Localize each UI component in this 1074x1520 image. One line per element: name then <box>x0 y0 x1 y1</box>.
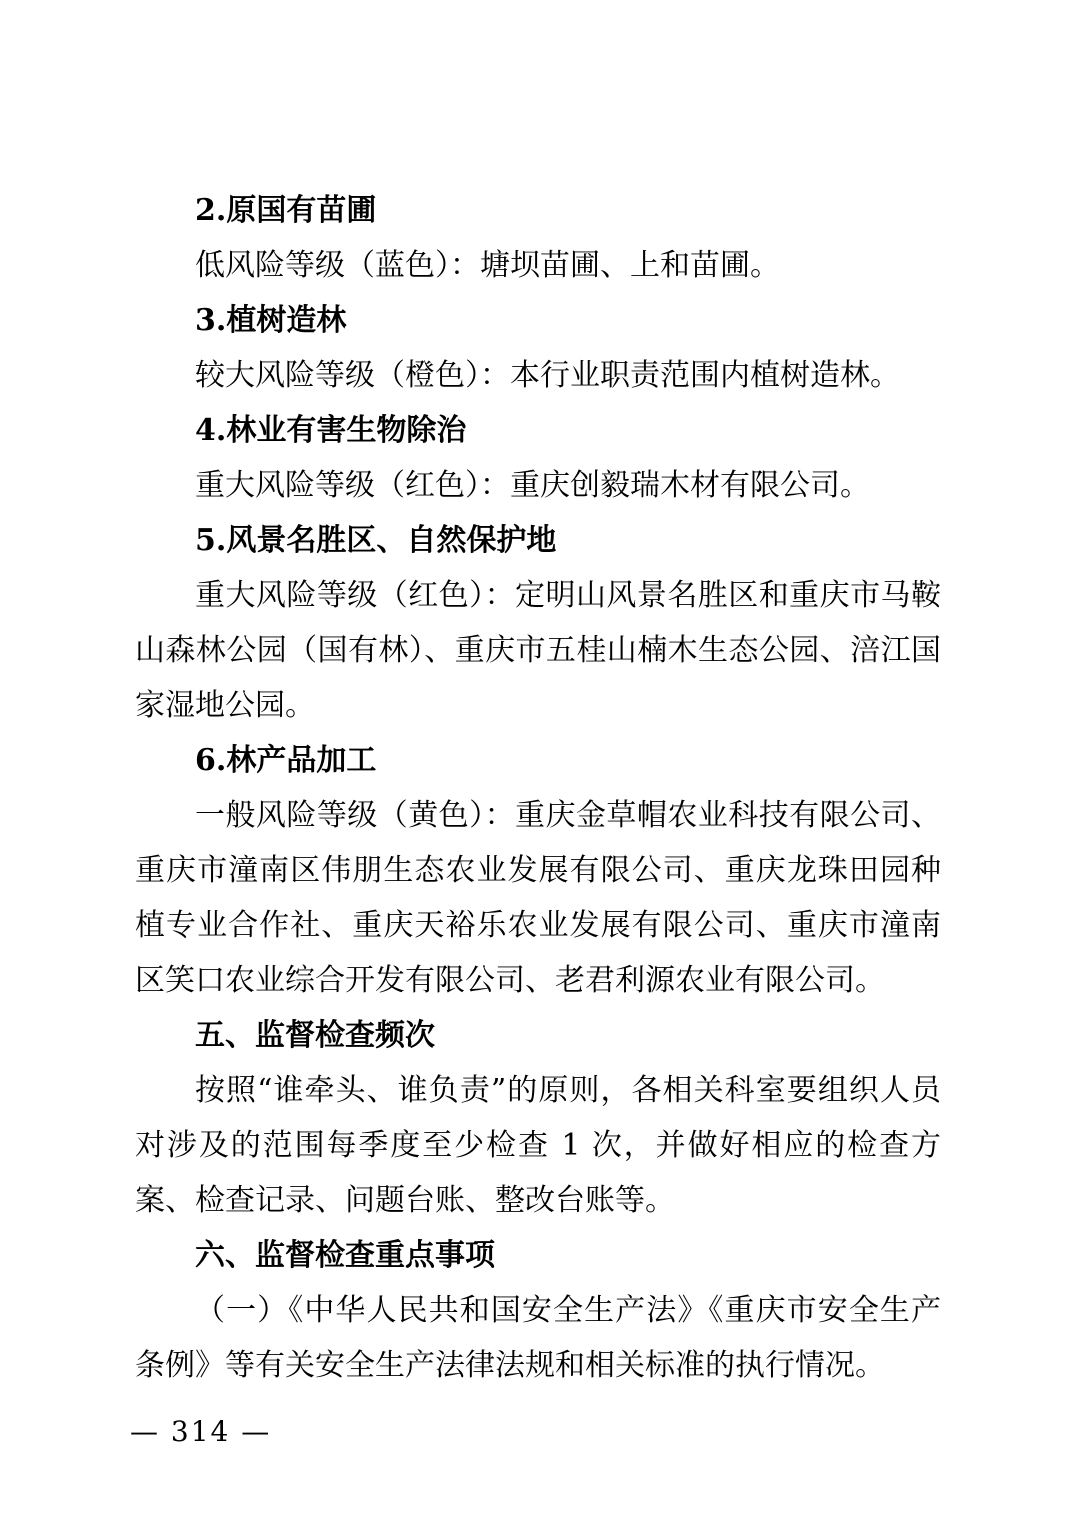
paragraph-low-risk-blue: 低风险等级（蓝色）：塘坝苗圃、上和苗圃。 <box>135 238 941 293</box>
document-page: 2.原国有苗圃 低风险等级（蓝色）：塘坝苗圃、上和苗圃。 3.植树造林 较大风险… <box>0 0 1074 1520</box>
subheading-4-pest-control: 4.林业有害生物除治 <box>135 403 941 458</box>
subheading-5-scenic-areas: 5.风景名胜区、自然保护地 <box>135 513 941 568</box>
section-heading-6-key-inspection-items: 六、监督检查重点事项 <box>135 1228 941 1283</box>
paragraph-major-risk-red-company: 重大风险等级（红色）：重庆创毅瑞木材有限公司。 <box>135 458 941 513</box>
section-heading-5-inspection-frequency: 五、监督检查频次 <box>135 1008 941 1063</box>
subheading-3-afforestation: 3.植树造林 <box>135 293 941 348</box>
paragraph-larger-risk-orange: 较大风险等级（橙色）：本行业职责范围内植树造林。 <box>135 348 941 403</box>
paragraph-major-risk-red-parks: 重大风险等级（红色）：定明山风景名胜区和重庆市马鞍山森林公园（国有林）、重庆市五… <box>135 568 941 733</box>
paragraph-key-inspection-items: （一）《中华人民共和国安全生产法》《重庆市安全生产条例》等有关安全生产法律法规和… <box>135 1283 941 1393</box>
paragraph-inspection-frequency: 按照“谁牵头、谁负责”的原则，各相关科室要组织人员对涉及的范围每季度至少检查 1… <box>135 1063 941 1228</box>
subheading-6-forest-products: 6.林产品加工 <box>135 733 941 788</box>
paragraph-general-risk-yellow: 一般风险等级（黄色）：重庆金草帽农业科技有限公司、重庆市潼南区伟朋生态农业发展有… <box>135 788 941 1008</box>
document-body: 2.原国有苗圃 低风险等级（蓝色）：塘坝苗圃、上和苗圃。 3.植树造林 较大风险… <box>135 183 941 1393</box>
subheading-2-nursery: 2.原国有苗圃 <box>135 183 941 238</box>
page-number: — 314 — <box>130 1412 271 1452</box>
